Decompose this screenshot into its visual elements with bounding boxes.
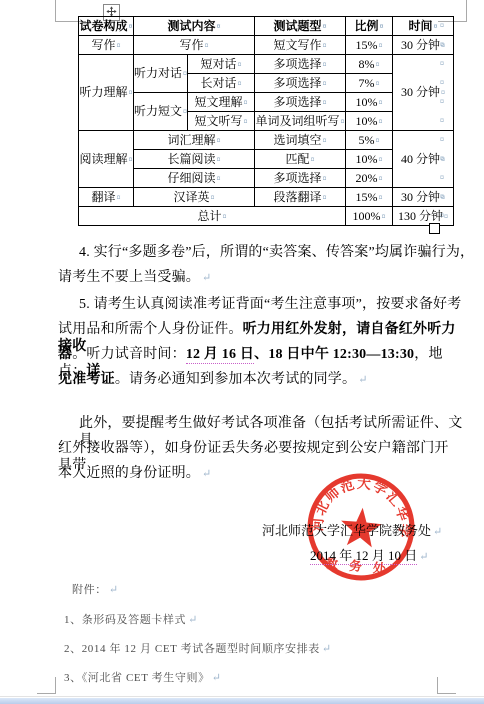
table-cell[interactable]: 阅读理解 [79, 131, 134, 188]
table-cell[interactable]: 写作 [79, 36, 134, 55]
attachment-item-1[interactable]: 1、条形码及答题卡样式↵ [64, 611, 198, 627]
table-cell[interactable]: 5% [346, 131, 393, 150]
table-cell[interactable]: 短文理解 [188, 93, 255, 112]
table-cell[interactable]: 听力对话 [134, 55, 188, 93]
table-cell[interactable]: 30 分钟 [393, 36, 454, 55]
table-cell[interactable]: 130 分钟 [393, 207, 454, 226]
paragraph-mark: ↵ [433, 526, 442, 538]
table-resize-handle[interactable] [429, 223, 440, 234]
table-cell[interactable]: 短对话 [188, 55, 255, 74]
attachment-item-2[interactable]: 2、2014 年 12 月 CET 考试各题型时间顺序安排表↵ [64, 640, 332, 656]
paragraph-4-line-1[interactable]: 4. 实行“多题多卷”后，所谓的“卖答案、传答案”均属诈骗行为， [58, 244, 477, 261]
table-cell[interactable]: 20% [346, 169, 393, 188]
table-cell[interactable]: 15% [346, 36, 393, 55]
attachment-item-3[interactable]: 3、《河北省 CET 考生守则》↵ [64, 669, 222, 685]
underlined-date: 12 月 16 日 [186, 347, 254, 364]
table-cell[interactable]: 翻译 [79, 188, 134, 207]
table-cell[interactable]: 10% [346, 93, 393, 112]
paragraph-mark: ↵ [109, 584, 119, 596]
table-cell[interactable]: 听力理解 [79, 55, 134, 131]
table-cell[interactable]: 长篇阅读 [134, 150, 255, 169]
paragraph-4-line-2[interactable]: 请考生不要上当受骗。↵ [58, 269, 456, 287]
paragraph-mark: ↵ [188, 614, 198, 626]
page-corner-mark-bottom-right [437, 677, 456, 694]
table-cell[interactable]: 长对话 [188, 74, 255, 93]
table-cell[interactable]: 10% [346, 150, 393, 169]
header-cell[interactable]: 测试内容 [134, 17, 255, 36]
table-cell[interactable]: 选词填空 [255, 131, 346, 150]
table-cell[interactable]: 8% [346, 55, 393, 74]
table-cell[interactable]: 短文听写 [188, 112, 255, 131]
table-cell[interactable]: 多项选择 [255, 74, 346, 93]
header-cell[interactable]: 比例 [346, 17, 393, 36]
table-cell[interactable]: 7% [346, 74, 393, 93]
paragraph-mark: ↵ [358, 374, 367, 386]
paragraph-mark: ↵ [322, 643, 332, 655]
page-corner-mark-bottom-left [37, 677, 56, 694]
header-cell[interactable]: 试卷构成 [79, 17, 134, 36]
exam-structure-table: 试卷构成 测试内容 测试题型 比例 时间 写作 写作 短文写作 15% 30 分… [78, 16, 454, 226]
table-cell[interactable]: 短文写作 [255, 36, 346, 55]
paragraph-mark: ↵ [419, 551, 428, 563]
paragraph-mark: ↵ [202, 468, 211, 480]
table-cell[interactable]: 10% [346, 112, 393, 131]
table-cell-total[interactable]: 总计 [79, 207, 346, 226]
table-cell[interactable]: 匹配 [255, 150, 346, 169]
window-bottom-bar [0, 698, 484, 704]
paragraph-mark: ↵ [202, 272, 211, 284]
paragraph-mark: ↵ [212, 672, 222, 684]
table-cell[interactable]: 听力短文 [134, 93, 188, 131]
paragraph-5-line-4[interactable]: 见准考证。请务必通知到参加本次考试的同学。↵ [58, 371, 456, 389]
header-cell[interactable]: 时间 [393, 17, 454, 36]
table-cell[interactable]: 40 分钟 [393, 131, 454, 188]
table-cell[interactable]: 写作 [134, 36, 255, 55]
document-page: 试卷构成 测试内容 测试题型 比例 时间 写作 写作 短文写作 15% 30 分… [0, 0, 484, 704]
table-cell[interactable]: 汉译英 [134, 188, 255, 207]
attachments-label[interactable]: 附件：↵ [72, 581, 119, 597]
header-cell[interactable]: 测试题型 [255, 17, 346, 36]
table-cell[interactable]: 段落翻译 [255, 188, 346, 207]
table-cell[interactable]: 100% [346, 207, 393, 226]
row-end-marks: ¤¤¤ ¤¤¤ ¤¤¤ ¤¤ [440, 16, 444, 225]
signature-date[interactable]: 2014 年 12 月 10 日↵ [310, 545, 428, 564]
table-cell[interactable]: 30 分钟 [393, 188, 454, 207]
table-cell[interactable]: 30 分钟 [393, 55, 454, 131]
table-cell[interactable]: 15% [346, 188, 393, 207]
paragraph-5-line-1[interactable]: 5. 请考生认真阅读准考证背面“考生注意事项”，按要求备好考 [58, 296, 477, 313]
table-cell[interactable]: 单词及词组听写 [255, 112, 346, 131]
window-edge-divider [0, 696, 484, 697]
table-cell[interactable]: 多项选择 [255, 93, 346, 112]
table-cell[interactable]: 词汇理解 [134, 131, 255, 150]
table-cell[interactable]: 多项选择 [255, 55, 346, 74]
table-cell[interactable]: 仔细阅读 [134, 169, 255, 188]
table-cell[interactable]: 多项选择 [255, 169, 346, 188]
signature-organization[interactable]: 河北师范大学汇华学院教务处↵ [262, 520, 442, 539]
